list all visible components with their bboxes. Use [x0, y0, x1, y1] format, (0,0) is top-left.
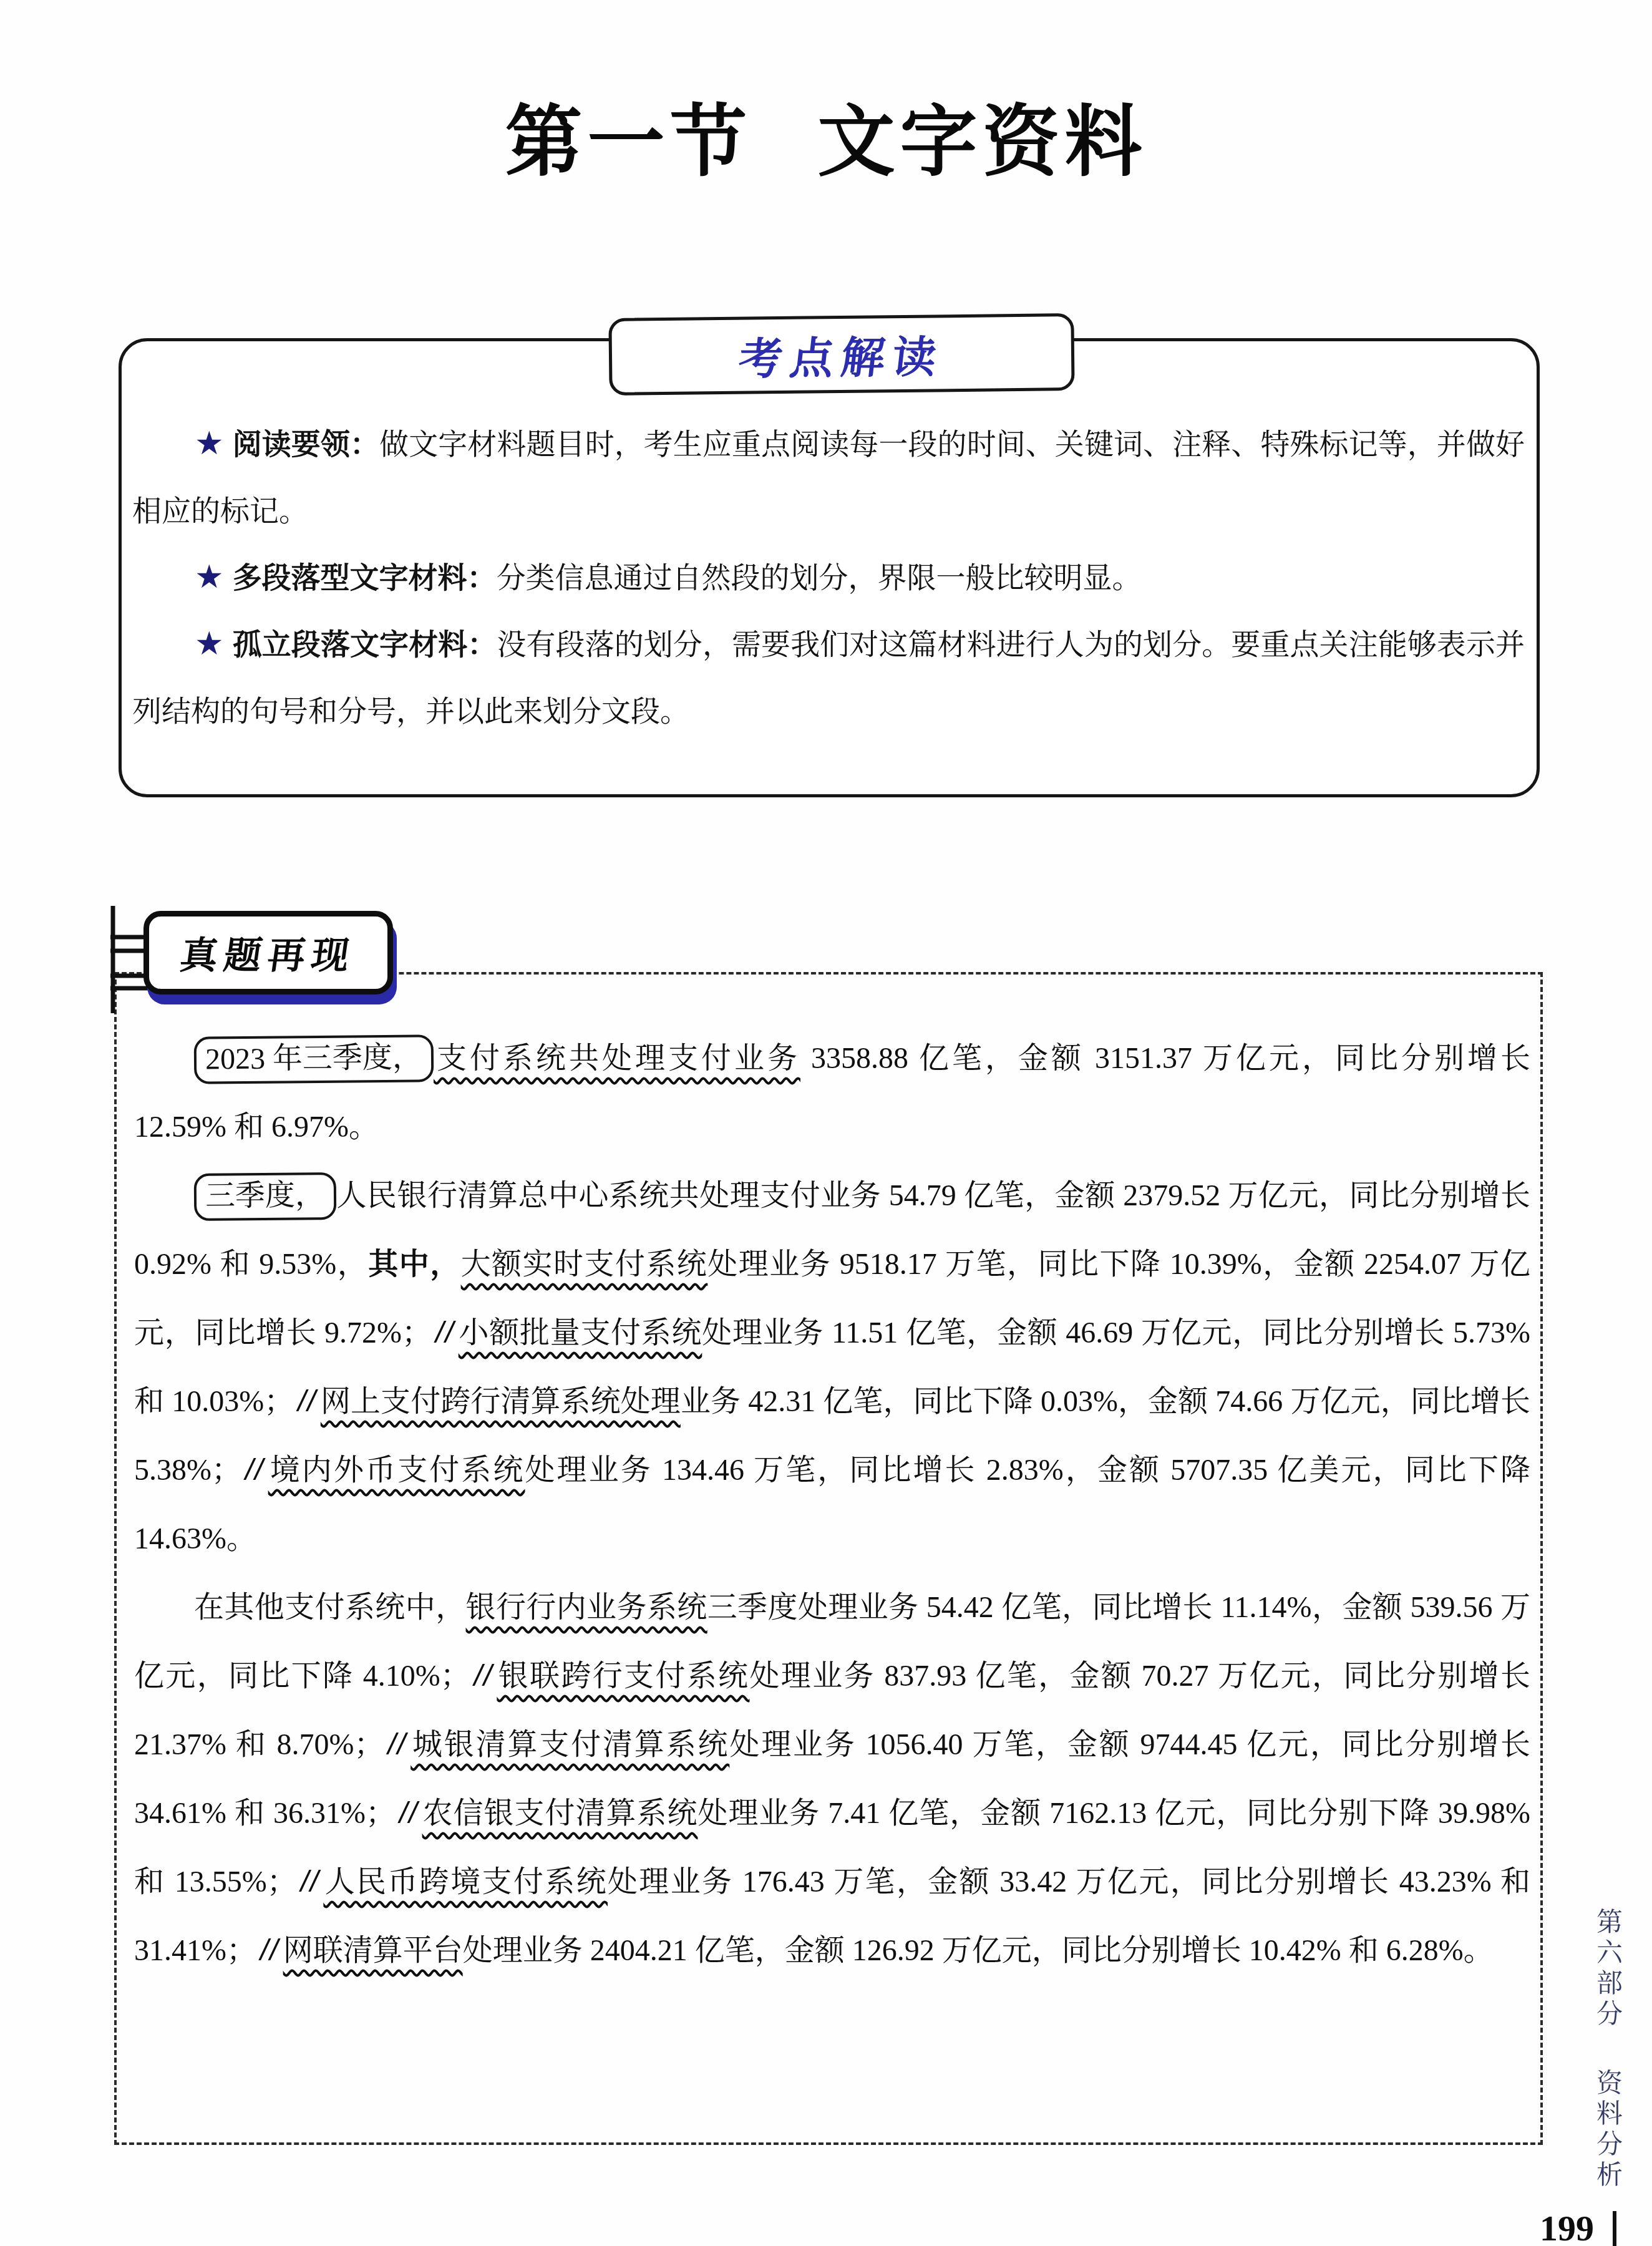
bullet-text: 分类信息通过自然段的划分，界限一般比较明显。: [497, 561, 1142, 594]
separator-slashes: //: [294, 1385, 321, 1418]
material-paragraph: 三季度，人民银行清算总中心系统共处理支付业务 54.79 亿笔，金额 2379.…: [134, 1162, 1530, 1573]
real-question-label-text: 真题再现: [177, 926, 359, 980]
separator-slashes: //: [297, 1865, 324, 1898]
real-question-label: 真题再现: [143, 911, 393, 994]
bullet-item: ★阅读要领：做文字材料题目时，考生应重点阅读每一段的时间、关键词、注释、特殊标记…: [132, 411, 1525, 544]
exam-points-badge-label: 考点解读: [736, 322, 947, 387]
wavy-underlined-phrase: 城银清算支付清算系统: [411, 1728, 729, 1761]
wavy-underlined-phrase: 银行行内业务系统: [466, 1591, 707, 1624]
separator-slashes: //: [241, 1454, 268, 1487]
wavy-underlined-phrase: 境内外币支付系统: [268, 1454, 525, 1487]
wavy-underlined-phrase: 小额批量支付系统: [459, 1316, 702, 1349]
side-part-label: 第六部分: [1593, 1908, 1621, 2030]
wavy-underlined-phrase: 支付系统共处理支付业务: [434, 1042, 800, 1075]
wavy-underlined-phrase: 网联清算平台: [283, 1934, 463, 1967]
star-icon: ★: [195, 626, 224, 662]
bullet-label: 阅读要领：: [233, 427, 379, 460]
wavy-underlined-phrase: 人民币跨境支付系统: [323, 1865, 608, 1898]
bullet-label: 多段落型文字材料：: [233, 561, 497, 594]
wavy-underlined-phrase: 网上支付跨行清算系统处理: [321, 1385, 681, 1418]
exam-points-content: ★阅读要领：做文字材料题目时，考生应重点阅读每一段的时间、关键词、注释、特殊标记…: [132, 411, 1525, 744]
section-number: 第一节: [505, 100, 752, 185]
bold-phrase: 其中，: [368, 1248, 460, 1281]
page-number-divider: [1613, 2211, 1616, 2246]
wavy-underlined-phrase: 农信银支付清算系统: [422, 1797, 698, 1830]
material-paragraph: 在其他支付系统中，银行行内业务系统三季度处理业务 54.42 亿笔，同比增长 1…: [134, 1573, 1530, 1985]
page-title: 第一节文字资料: [0, 80, 1652, 191]
separator-slashes: //: [256, 1934, 283, 1967]
boxed-phrase: 三季度，: [194, 1172, 337, 1221]
separator-slashes: //: [470, 1660, 497, 1693]
separator-slashes: //: [384, 1728, 411, 1761]
page-number: 199: [1540, 2207, 1616, 2246]
section-title: 文字资料: [818, 100, 1147, 185]
material-paragraph: 2023 年三季度，支付系统共处理支付业务 3358.88 亿笔，金额 3151…: [134, 1024, 1530, 1162]
plain-text: 在其他支付系统中，: [194, 1591, 466, 1624]
plain-text: 处理业务 2404.21 亿笔，金额 126.92 万亿元，同比分别增长 10.…: [463, 1934, 1494, 1967]
star-icon: ★: [195, 425, 224, 462]
book-page: 第一节文字资料 考点解读 ★阅读要领：做文字材料题目时，考生应重点阅读每一段的时…: [0, 0, 1652, 2246]
side-section-label: 资料分析: [1593, 2069, 1621, 2191]
page-number-value: 199: [1540, 2207, 1594, 2246]
bullet-label: 孤立段落文字材料：: [233, 628, 497, 661]
star-icon: ★: [195, 559, 224, 595]
exam-points-badge: 考点解读: [608, 313, 1074, 396]
boxed-phrase: 2023 年三季度，: [194, 1034, 434, 1084]
separator-slashes: //: [396, 1797, 422, 1830]
bullet-item: ★孤立段落文字材料：没有段落的划分，需要我们对这篇材料进行人为的划分。要重点关注…: [132, 611, 1525, 744]
side-tab: 第六部分 资料分析: [1588, 1908, 1626, 2191]
bullet-item: ★多段落型文字材料：分类信息通过自然段的划分，界限一般比较明显。: [132, 544, 1525, 611]
separator-slashes: //: [432, 1316, 459, 1349]
wavy-underlined-phrase: 大额实时支付系统: [461, 1248, 708, 1281]
wavy-underlined-phrase: 银联跨行支付系统: [497, 1660, 749, 1693]
material-text: 2023 年三季度，支付系统共处理支付业务 3358.88 亿笔，金额 3151…: [134, 1024, 1530, 1985]
